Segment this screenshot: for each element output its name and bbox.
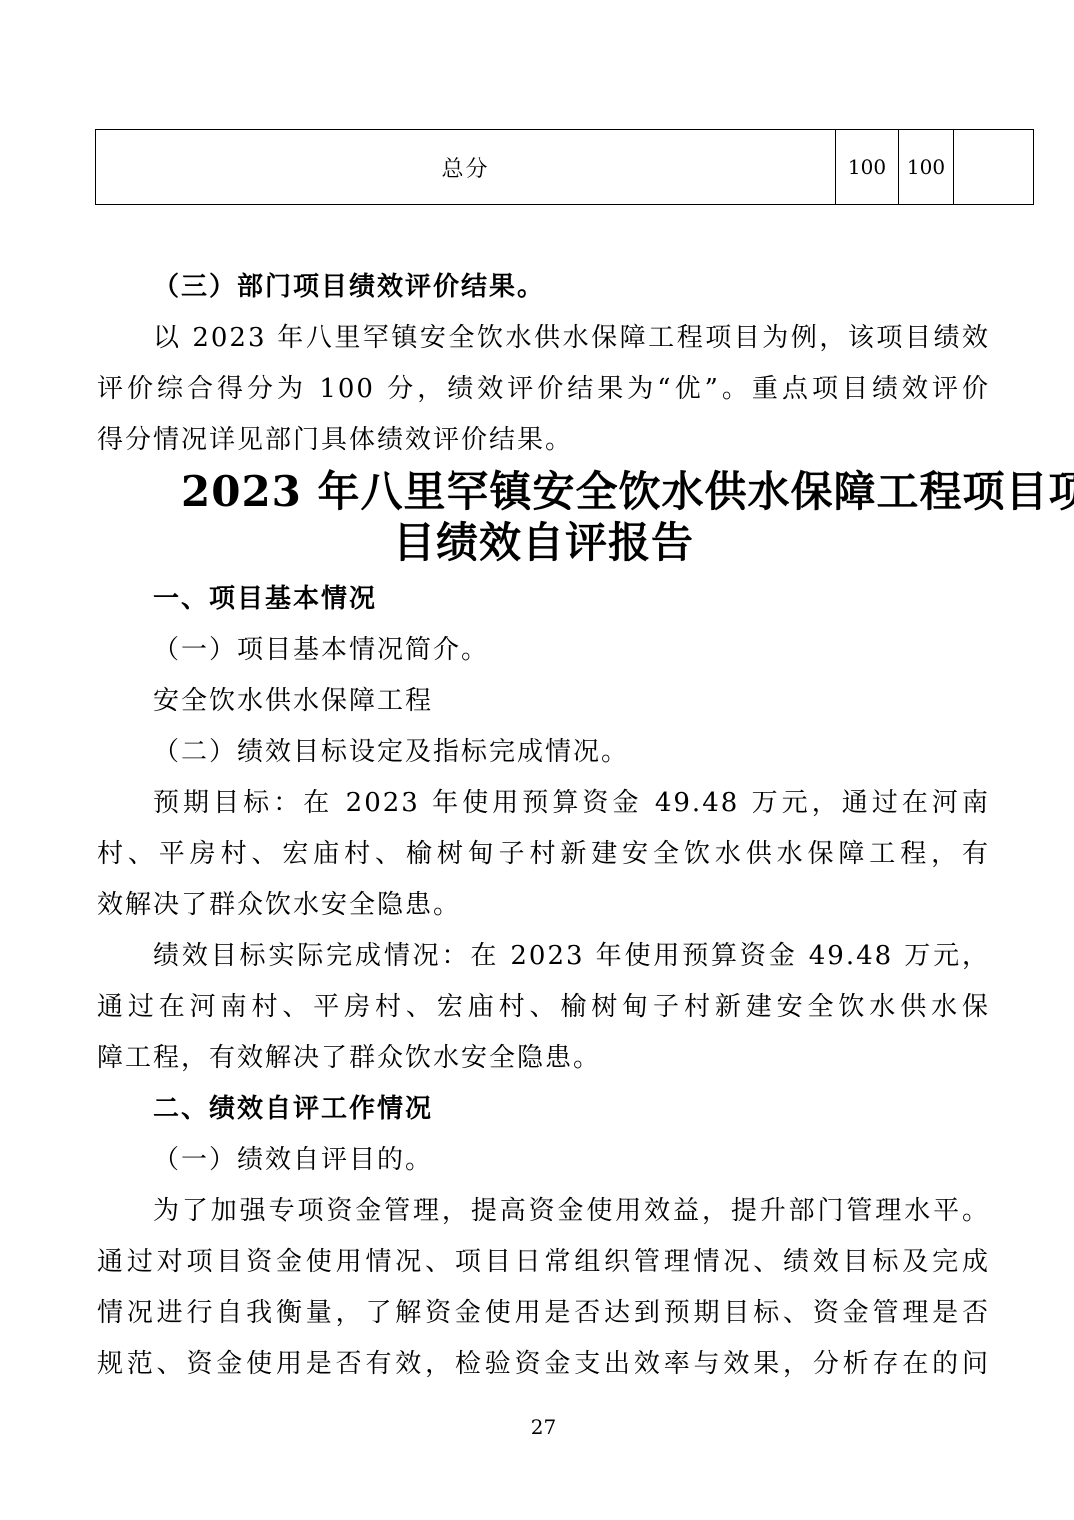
purpose-paragraph-line: 通过对项目资金使用情况、项目日常组织管理情况、绩效目标及完成 xyxy=(97,1237,990,1288)
actual-completion-line: 障工程，有效解决了群众饮水安全隐患。 xyxy=(97,1033,990,1084)
actual-completion-line: 通过在河南村、平房村、宏庙村、榆树甸子村新建安全饮水供水保 xyxy=(97,982,990,1033)
purpose-paragraph-line: 规范、资金使用是否有效，检验资金支出效率与效果，分析存在的问 xyxy=(97,1339,990,1390)
project-name: 安全饮水供水保障工程 xyxy=(97,676,990,727)
result-paragraph-line: 以 2023 年八里罕镇安全饮水供水保障工程项目为例，该项目绩效 xyxy=(97,313,990,364)
sub2-1-heading: （一）绩效自评目的。 xyxy=(97,1135,990,1186)
expected-goal-line: 效解决了群众饮水安全隐患。 xyxy=(97,880,990,931)
sub1-2-heading: （二）绩效目标设定及指标完成情况。 xyxy=(97,727,990,778)
score-table-blank-cell xyxy=(954,130,1034,205)
section1-heading: 一、项目基本情况 xyxy=(97,574,990,625)
purpose-paragraph-line: 情况进行自我衡量，了解资金使用是否达到预期目标、资金管理是否 xyxy=(97,1288,990,1339)
result-paragraph-line: 评价综合得分为 100 分，绩效评价结果为“优”。重点项目绩效评价 xyxy=(97,364,990,415)
score-table-review-score-cell: 100 xyxy=(899,130,954,205)
sub1-1-heading: （一）项目基本情况简介。 xyxy=(97,625,990,676)
score-table: 总分 100 100 xyxy=(95,129,1034,205)
purpose-paragraph-line: 为了加强专项资金管理，提高资金使用效益，提升部门管理水平。 xyxy=(97,1186,990,1237)
section2-heading: 二、绩效自评工作情况 xyxy=(97,1084,990,1135)
result-paragraph-line: 得分情况详见部门具体绩效评价结果。 xyxy=(97,415,990,466)
document-body: （三）部门项目绩效评价结果。 以 2023 年八里罕镇安全饮水供水保障工程项目为… xyxy=(97,262,990,1390)
document-page: 总分 100 100 （三）部门项目绩效评价结果。 以 2023 年八里罕镇安全… xyxy=(0,0,1074,1520)
report-title-line-1: 2023 年八里罕镇安全饮水供水保障工程项目项 xyxy=(97,466,990,517)
score-table-self-score-cell: 100 xyxy=(836,130,899,205)
section3-heading: （三）部门项目绩效评价结果。 xyxy=(97,262,990,313)
expected-goal-line: 村、平房村、宏庙村、榆树甸子村新建安全饮水供水保障工程，有 xyxy=(97,829,990,880)
expected-goal-line: 预期目标：在 2023 年使用预算资金 49.48 万元，通过在河南 xyxy=(97,778,990,829)
score-table-row: 总分 100 100 xyxy=(96,130,1034,205)
score-table-total-label-cell: 总分 xyxy=(96,130,836,205)
actual-completion-line: 绩效目标实际完成情况：在 2023 年使用预算资金 49.48 万元， xyxy=(97,931,990,982)
page-number: 27 xyxy=(97,1412,990,1442)
report-title-line-2: 目绩效自评报告 xyxy=(97,517,990,568)
